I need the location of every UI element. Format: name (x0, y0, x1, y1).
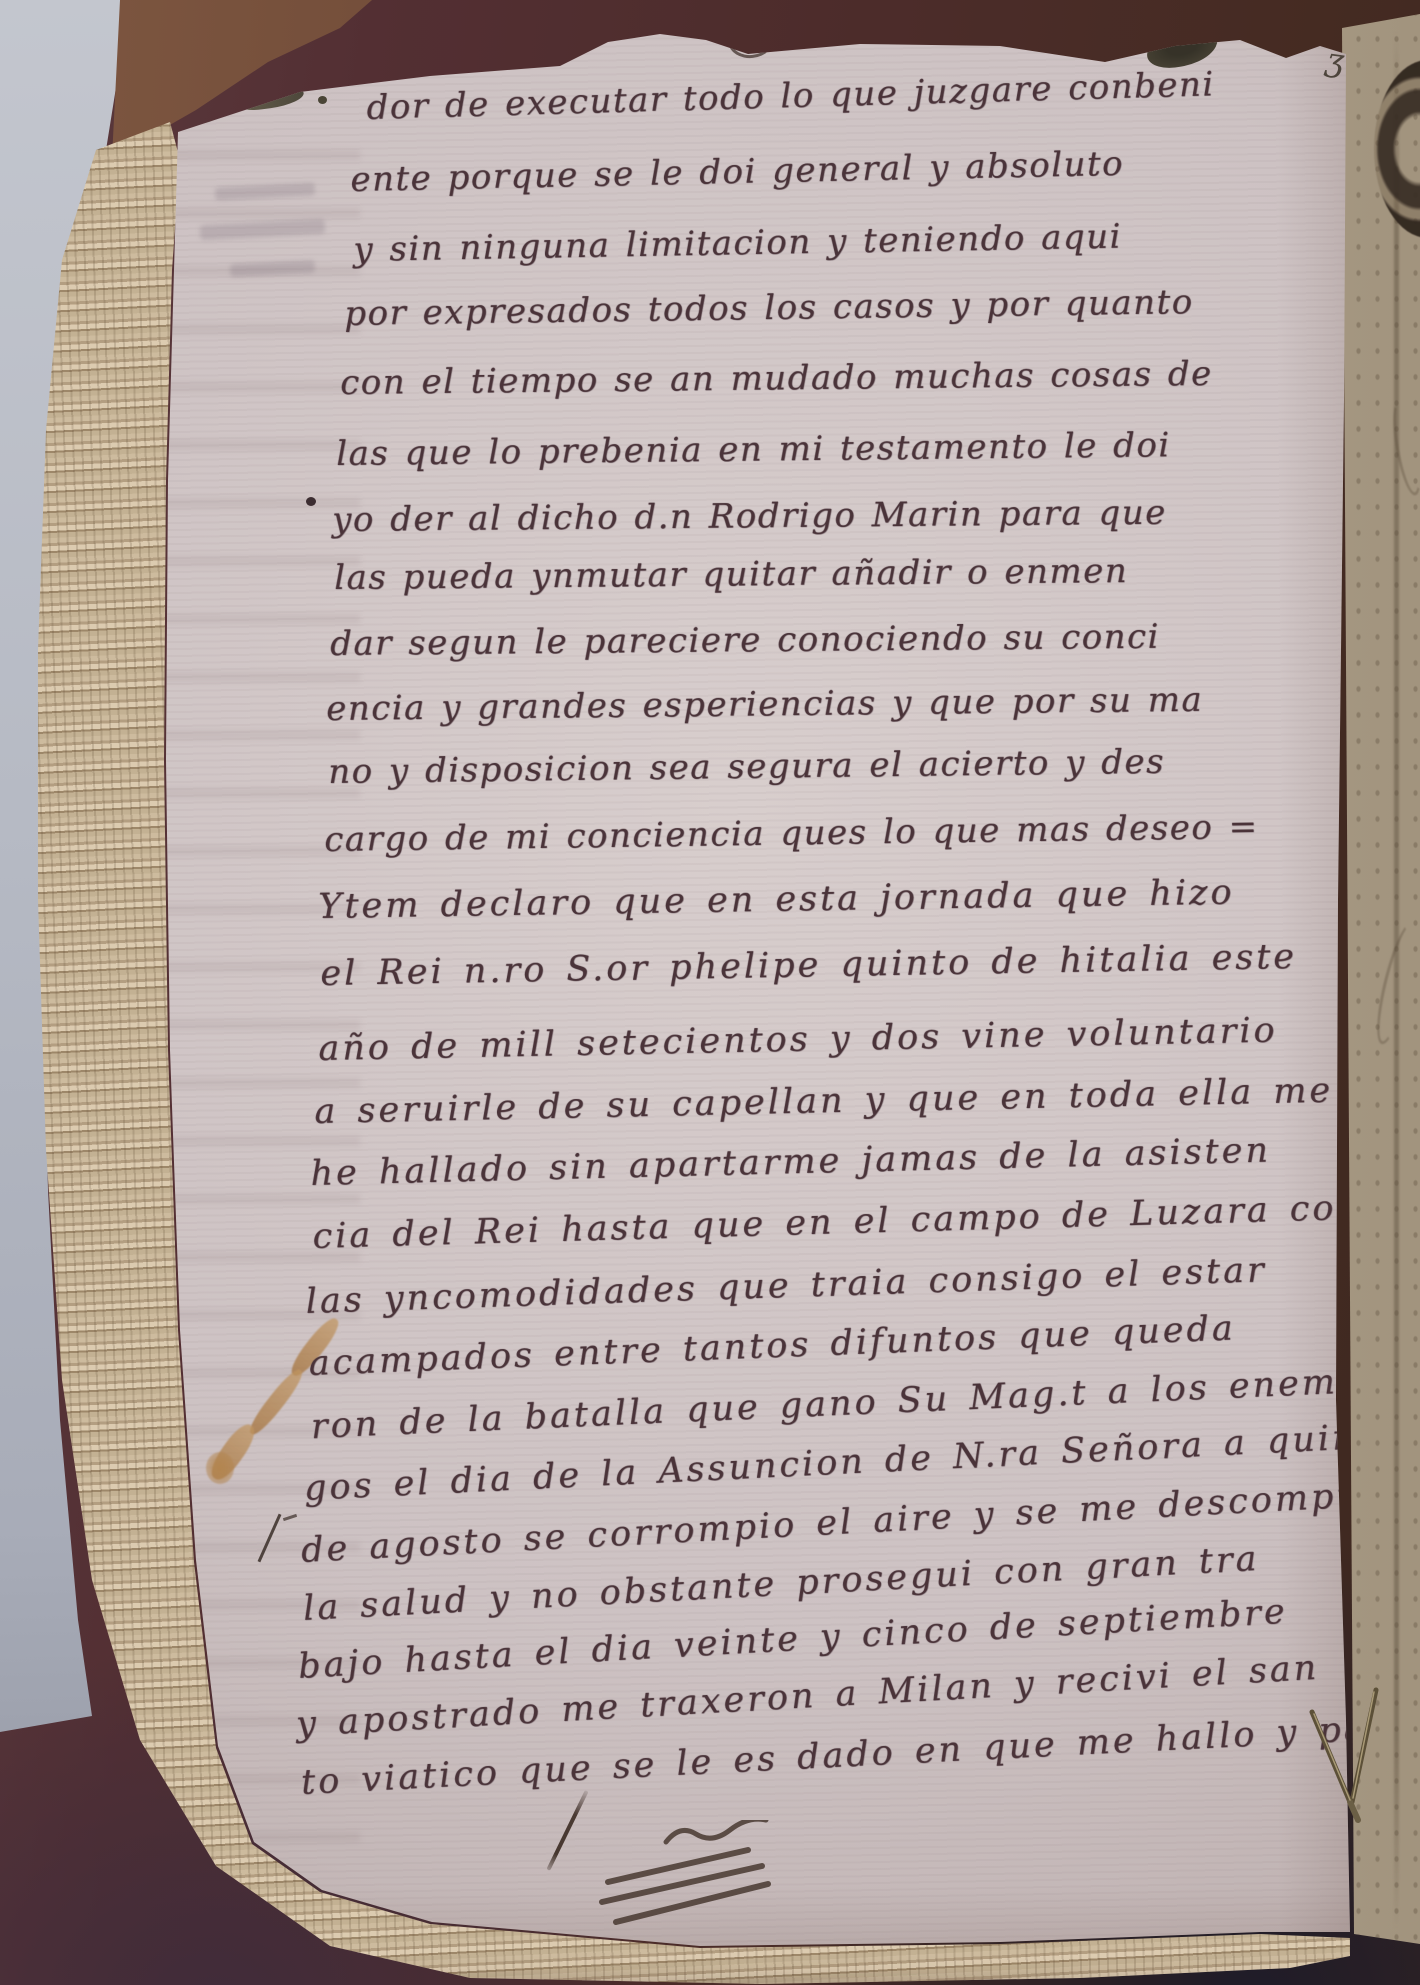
text-line: encia y grandes esperiencias y que por s… (326, 678, 1203, 731)
text-line: cargo de mi conciencia ques lo que mas d… (324, 805, 1259, 862)
binding-thread (1298, 1678, 1390, 1850)
stain (206, 1452, 234, 1484)
binding-thread-strokes (1298, 1678, 1390, 1850)
text-line: dor de executar todo lo que juzgare conb… (366, 62, 1215, 130)
margin-ink-dot (306, 497, 316, 506)
ink-blot (318, 96, 327, 104)
text-line: Ytem declaro que en esta jornada que hiz… (318, 871, 1235, 929)
text-line: las que lo prebenia en mi testamento le … (336, 423, 1171, 476)
text-line: dar segun le pareciere conociendo su con… (330, 615, 1160, 666)
text-line: el Rei n.ro S.or phelipe quinto de hital… (320, 935, 1297, 996)
manuscript-page: ʒı dor de executar todo lo que juzgare c… (0, 0, 1420, 1985)
manuscript-photo: ʒı dor de executar todo lo que juzgare c… (0, 0, 1420, 1985)
text-line: las pueda ynmutar quitar añadir o enmen (334, 549, 1128, 600)
text-line: con el tiempo se an mudado muchas cosas … (340, 352, 1213, 405)
text-line: a seruirle de su capellan y que en toda … (314, 1069, 1334, 1134)
pen-stroke (546, 1790, 588, 1871)
text-line: no y disposicion sea segura el acierto y… (328, 740, 1165, 794)
facing-page-ink-mark (1388, 399, 1420, 497)
text-line: he hallado sin apartarme jamas de la asi… (310, 1129, 1271, 1196)
bottom-flourish-strokes (596, 1820, 926, 1950)
text-line: ente porque se le doi general y absoluto (350, 142, 1125, 202)
archive-stamp (1374, 60, 1420, 238)
text-line: yo der al dicho d.n Rodrigo Marin para q… (332, 491, 1167, 542)
bottom-flourish (596, 1820, 926, 1950)
text-line: por expresados todos los casos y por qua… (344, 280, 1194, 336)
text-line: y sin ninguna limitacion y teniendo aqui (353, 215, 1122, 272)
text-line: cia del Rei hasta que en el campo de Luz… (312, 1186, 1363, 1259)
text-line: año de mill setecientos y dos vine volun… (318, 1009, 1278, 1071)
